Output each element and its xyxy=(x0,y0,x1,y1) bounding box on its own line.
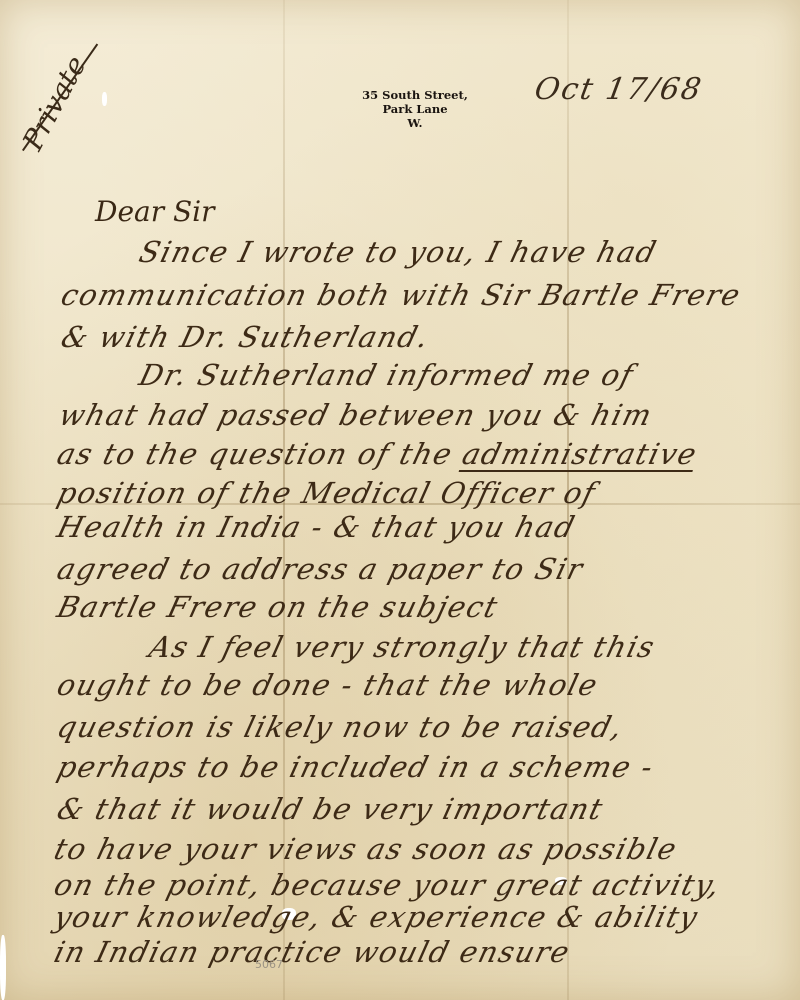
letter-line: what had passed between you & him xyxy=(56,398,657,432)
letter-line: agreed to address a paper to Sir xyxy=(54,552,588,586)
punch-hole xyxy=(102,92,107,106)
letter-line: ought to be done - that the whole xyxy=(54,668,602,702)
letter-line: on the point, because your great activit… xyxy=(51,868,725,902)
letter-line: in Indian practice would ensure xyxy=(51,935,574,969)
letterhead-address: 35 South Street, Park Lane W. xyxy=(345,88,485,130)
letter-line: Since I wrote to you, I have had xyxy=(136,235,661,269)
letter-line: position of the Medical Officer of xyxy=(54,476,600,510)
letter-line: Bartle Frere on the subject xyxy=(54,590,502,624)
letter-line: as to the question of the administrative xyxy=(54,437,701,471)
letter-date: Oct 17/68 xyxy=(532,72,706,107)
letter-line: to have your views as soon as possible xyxy=(51,832,681,866)
letter-page: Private 35 South Street, Park Lane W. Oc… xyxy=(0,0,800,1000)
letter-line: Health in India - & that you had xyxy=(54,510,580,544)
underlined-word-administrative: administrative xyxy=(459,437,701,471)
letter-line: & that it would be very important xyxy=(54,792,608,826)
letterhead-line-1: 35 South Street, xyxy=(345,88,485,102)
paper-tear xyxy=(0,935,6,1000)
letterhead-line-3: W. xyxy=(345,116,485,130)
letter-line: your knowledge, & experience & ability xyxy=(51,900,702,934)
salutation: Dear Sir xyxy=(95,195,215,228)
letter-line: communication both with Sir Bartle Frere xyxy=(58,278,745,312)
letter-line: & with Dr. Sutherland. xyxy=(58,320,433,354)
letter-line: question is likely now to be raised, xyxy=(54,710,627,744)
line-text: as to the question of the xyxy=(54,437,468,471)
archive-number: 5067 xyxy=(255,958,283,971)
letterhead-line-2: Park Lane xyxy=(345,102,485,116)
letter-line: perhaps to be included in a scheme - xyxy=(54,750,658,784)
letter-line: Dr. Sutherland informed me of xyxy=(136,358,638,392)
letter-line: As I feel very strongly that this xyxy=(146,630,659,664)
